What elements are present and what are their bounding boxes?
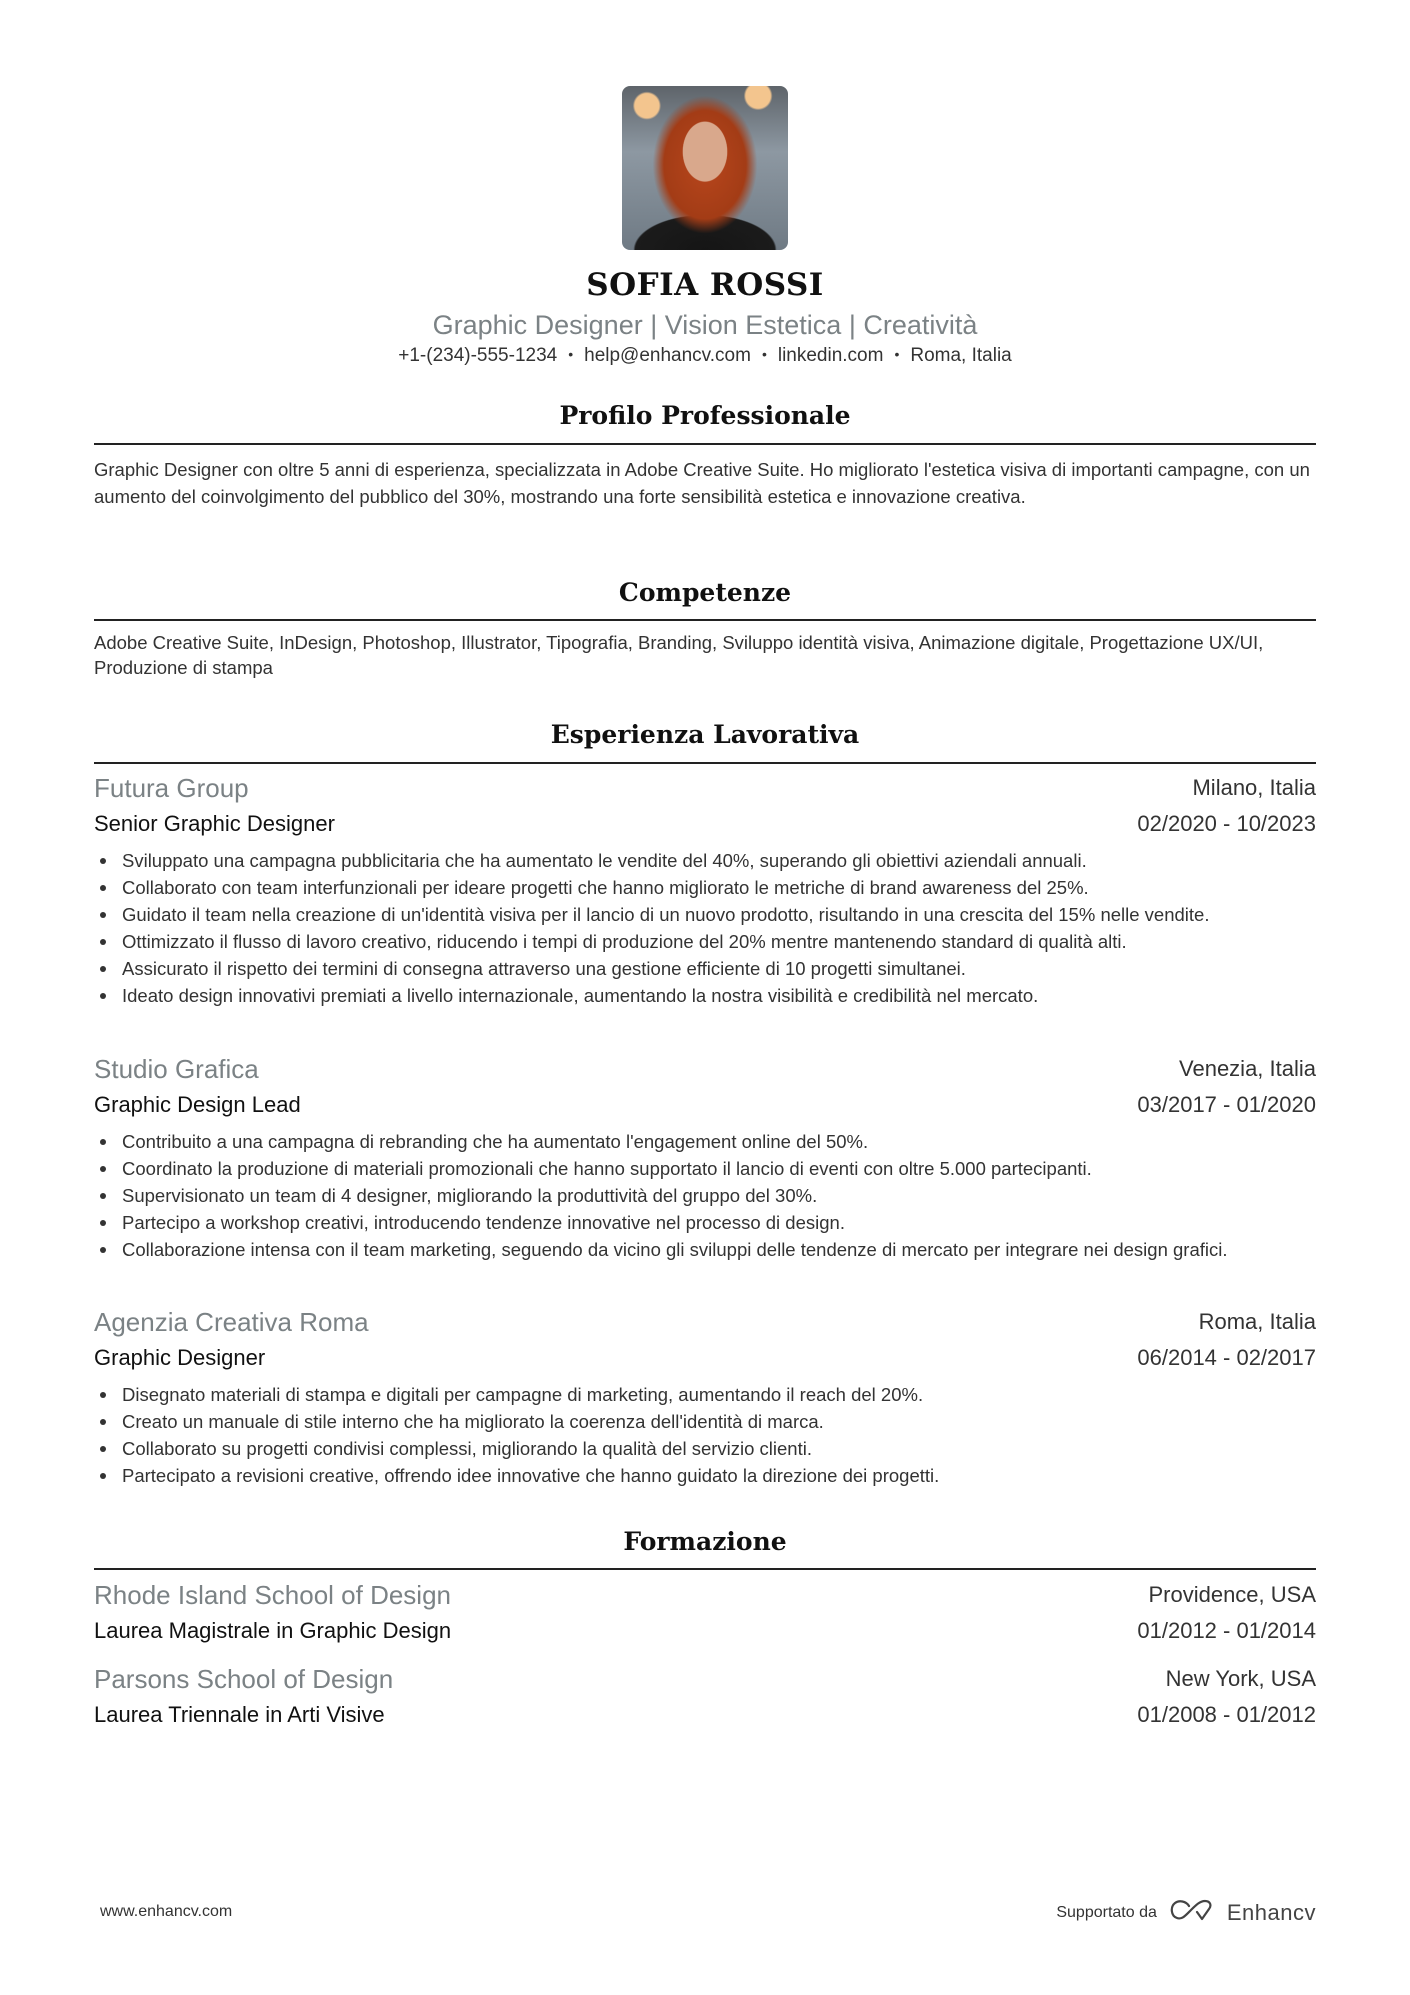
job-location: Roma, Italia bbox=[1199, 1309, 1316, 1335]
education-degree: Laurea Magistrale in Graphic Design bbox=[94, 1618, 451, 1644]
job-bullet: Partecipo a workshop creativi, introduce… bbox=[94, 1209, 1316, 1236]
section-divider bbox=[94, 443, 1316, 445]
contact-location: Roma, Italia bbox=[910, 345, 1011, 366]
job-bullet: Collaborato con team interfunzionali per… bbox=[94, 874, 1316, 901]
job-bullet: Creato un manuale di stile interno che h… bbox=[94, 1408, 1316, 1435]
job-bullet: Guidato il team nella creazione di un'id… bbox=[94, 901, 1316, 928]
education-location: Providence, USA bbox=[1148, 1582, 1316, 1608]
powered-by-label: Supportato da bbox=[1056, 1904, 1157, 1922]
section-divider bbox=[94, 619, 1316, 621]
footer-branding[interactable]: Supportato da Enhancv bbox=[1056, 1898, 1316, 1927]
job-role: Graphic Designer bbox=[94, 1345, 265, 1371]
job-bullet: Supervisionato un team di 4 designer, mi… bbox=[94, 1182, 1316, 1209]
job-bullets: Sviluppato una campagna pubblicitaria ch… bbox=[94, 847, 1316, 1009]
job-role: Graphic Design Lead bbox=[94, 1092, 301, 1118]
job-location: Venezia, Italia bbox=[1179, 1056, 1316, 1082]
separator-dot: • bbox=[894, 346, 899, 362]
enhancv-logo-icon bbox=[1169, 1898, 1215, 1927]
contact-phone: +1-(234)-555-1234 bbox=[398, 345, 557, 366]
job-bullets: Disegnato materiali di stampa e digitali… bbox=[94, 1381, 1316, 1489]
job-dates: 03/2017 - 01/2020 bbox=[1137, 1092, 1316, 1118]
contact-email[interactable]: help@enhancv.com bbox=[584, 345, 751, 366]
job-role: Senior Graphic Designer bbox=[94, 811, 335, 837]
section-title-skills: Competenze bbox=[94, 578, 1316, 607]
separator-dot: • bbox=[762, 346, 767, 362]
section-divider bbox=[94, 762, 1316, 764]
job-company: Futura Group bbox=[94, 773, 249, 804]
job-bullet: Ideato design innovativi premiati a live… bbox=[94, 982, 1316, 1009]
section-title-profile: Profilo Professionale bbox=[94, 401, 1316, 430]
section-divider bbox=[94, 1568, 1316, 1570]
enhancv-brand-name: Enhancv bbox=[1227, 1900, 1316, 1926]
job-bullet: Coordinato la produzione di materiali pr… bbox=[94, 1155, 1316, 1182]
education-degree: Laurea Triennale in Arti Visive bbox=[94, 1702, 385, 1728]
contact-linkedin[interactable]: linkedin.com bbox=[778, 345, 884, 366]
footer-website-link[interactable]: www.enhancv.com bbox=[100, 1903, 232, 1921]
job-dates: 06/2014 - 02/2017 bbox=[1137, 1345, 1316, 1371]
skills-list: Adobe Creative Suite, InDesign, Photosho… bbox=[94, 630, 1316, 680]
education-dates: 01/2008 - 01/2012 bbox=[1137, 1702, 1316, 1728]
job-bullet: Disegnato materiali di stampa e digitali… bbox=[94, 1381, 1316, 1408]
job-bullet: Partecipato a revisioni creative, offren… bbox=[94, 1462, 1316, 1489]
job-bullet: Assicurato il rispetto dei termini di co… bbox=[94, 955, 1316, 982]
education-school: Rhode Island School of Design bbox=[94, 1580, 451, 1611]
contact-line: +1-(234)-555-1234•help@enhancv.com•linke… bbox=[94, 345, 1316, 367]
profile-summary: Graphic Designer con oltre 5 anni di esp… bbox=[94, 456, 1316, 510]
job-bullet: Collaborazione intensa con il team marke… bbox=[94, 1236, 1316, 1263]
separator-dot: • bbox=[568, 346, 573, 362]
section-title-education: Formazione bbox=[94, 1527, 1316, 1556]
candidate-headline: Graphic Designer | Vision Estetica | Cre… bbox=[94, 310, 1316, 341]
job-bullet: Contribuito a una campagna di rebranding… bbox=[94, 1128, 1316, 1155]
job-bullet: Sviluppato una campagna pubblicitaria ch… bbox=[94, 847, 1316, 874]
education-school: Parsons School of Design bbox=[94, 1664, 393, 1695]
profile-photo bbox=[622, 86, 788, 250]
job-company: Studio Grafica bbox=[94, 1054, 259, 1085]
job-dates: 02/2020 - 10/2023 bbox=[1137, 811, 1316, 837]
candidate-name: SOFIA ROSSI bbox=[94, 267, 1316, 303]
education-dates: 01/2012 - 01/2014 bbox=[1137, 1618, 1316, 1644]
job-bullet: Collaborato su progetti condivisi comple… bbox=[94, 1435, 1316, 1462]
section-title-experience: Esperienza Lavorativa bbox=[94, 720, 1316, 749]
education-location: New York, USA bbox=[1166, 1666, 1316, 1692]
job-bullets: Contribuito a una campagna di rebranding… bbox=[94, 1128, 1316, 1263]
job-bullet: Ottimizzato il flusso di lavoro creativo… bbox=[94, 928, 1316, 955]
job-location: Milano, Italia bbox=[1192, 775, 1316, 801]
job-company: Agenzia Creativa Roma bbox=[94, 1307, 369, 1338]
